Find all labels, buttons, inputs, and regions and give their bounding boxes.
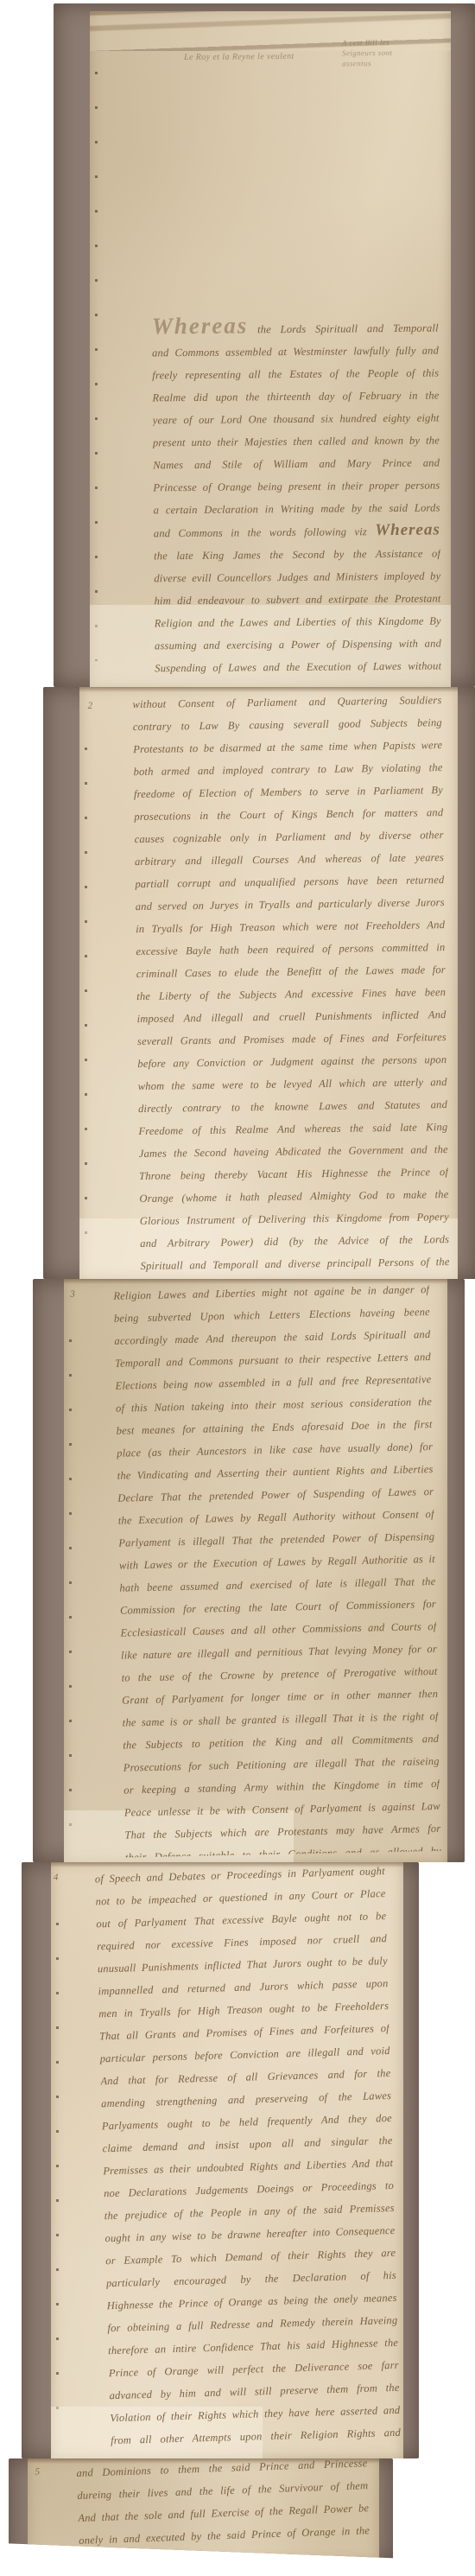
lords-assent-annotation: A cest Bill les Seigneurs sont assentus xyxy=(342,36,441,68)
membrane-numeral: 3 xyxy=(70,1289,75,1300)
membrane-5: 5 and Dominions to them the said Prince … xyxy=(9,2458,393,2562)
membrane-5-text: and Dominions to them the said Prince an… xyxy=(76,2452,370,2559)
membrane-1-text: Whereas the Lords Spirituall and Tempora… xyxy=(152,312,442,683)
membrane-4-parchment: 4 of Speech and Debates or Proceedings i… xyxy=(51,1862,403,2458)
royal-assent-annotation: Le Roy et la Reyne le veulent xyxy=(184,50,365,63)
membrane-3-text: Religion Lawes and Liberties might not a… xyxy=(113,1278,441,1858)
membrane-4: 4 of Speech and Debates or Proceedings i… xyxy=(22,1862,419,2458)
membrane-2: 2 without Consent of Parliament and Quar… xyxy=(43,687,475,1279)
membrane-numeral: 4 xyxy=(54,1873,59,1883)
membrane-2-parchment: 2 without Consent of Parliament and Quar… xyxy=(79,687,458,1279)
membrane-numeral: 2 xyxy=(87,701,92,711)
membrane-3-parchment: 3 Religion Lawes and Liberties might not… xyxy=(64,1279,447,1862)
membrane-1-parchment: Le Roy et la Reyne le veulent A cest Bil… xyxy=(90,11,451,687)
engrossed-whereas: Whereas xyxy=(375,520,440,539)
opening-word: Whereas xyxy=(152,312,249,339)
membrane-3: 3 Religion Lawes and Liberties might not… xyxy=(33,1279,465,1862)
membrane-4-text: of Speech and Debates or Proceedings in … xyxy=(95,1860,402,2453)
lords-assent-line: A cest Bill les xyxy=(342,36,441,48)
membrane-5-parchment: 5 and Dominions to them the said Prince … xyxy=(28,2458,379,2562)
lords-assent-line: Seigneurs sont xyxy=(342,47,441,58)
lords-assent-line: assentus xyxy=(342,57,441,68)
membrane-1: Le Roy et la Reyne le veulent A cest Bil… xyxy=(54,3,475,687)
membrane-numeral: 5 xyxy=(35,2466,40,2477)
membrane-2-text: without Consent of Parliament and Quarte… xyxy=(132,689,449,1275)
